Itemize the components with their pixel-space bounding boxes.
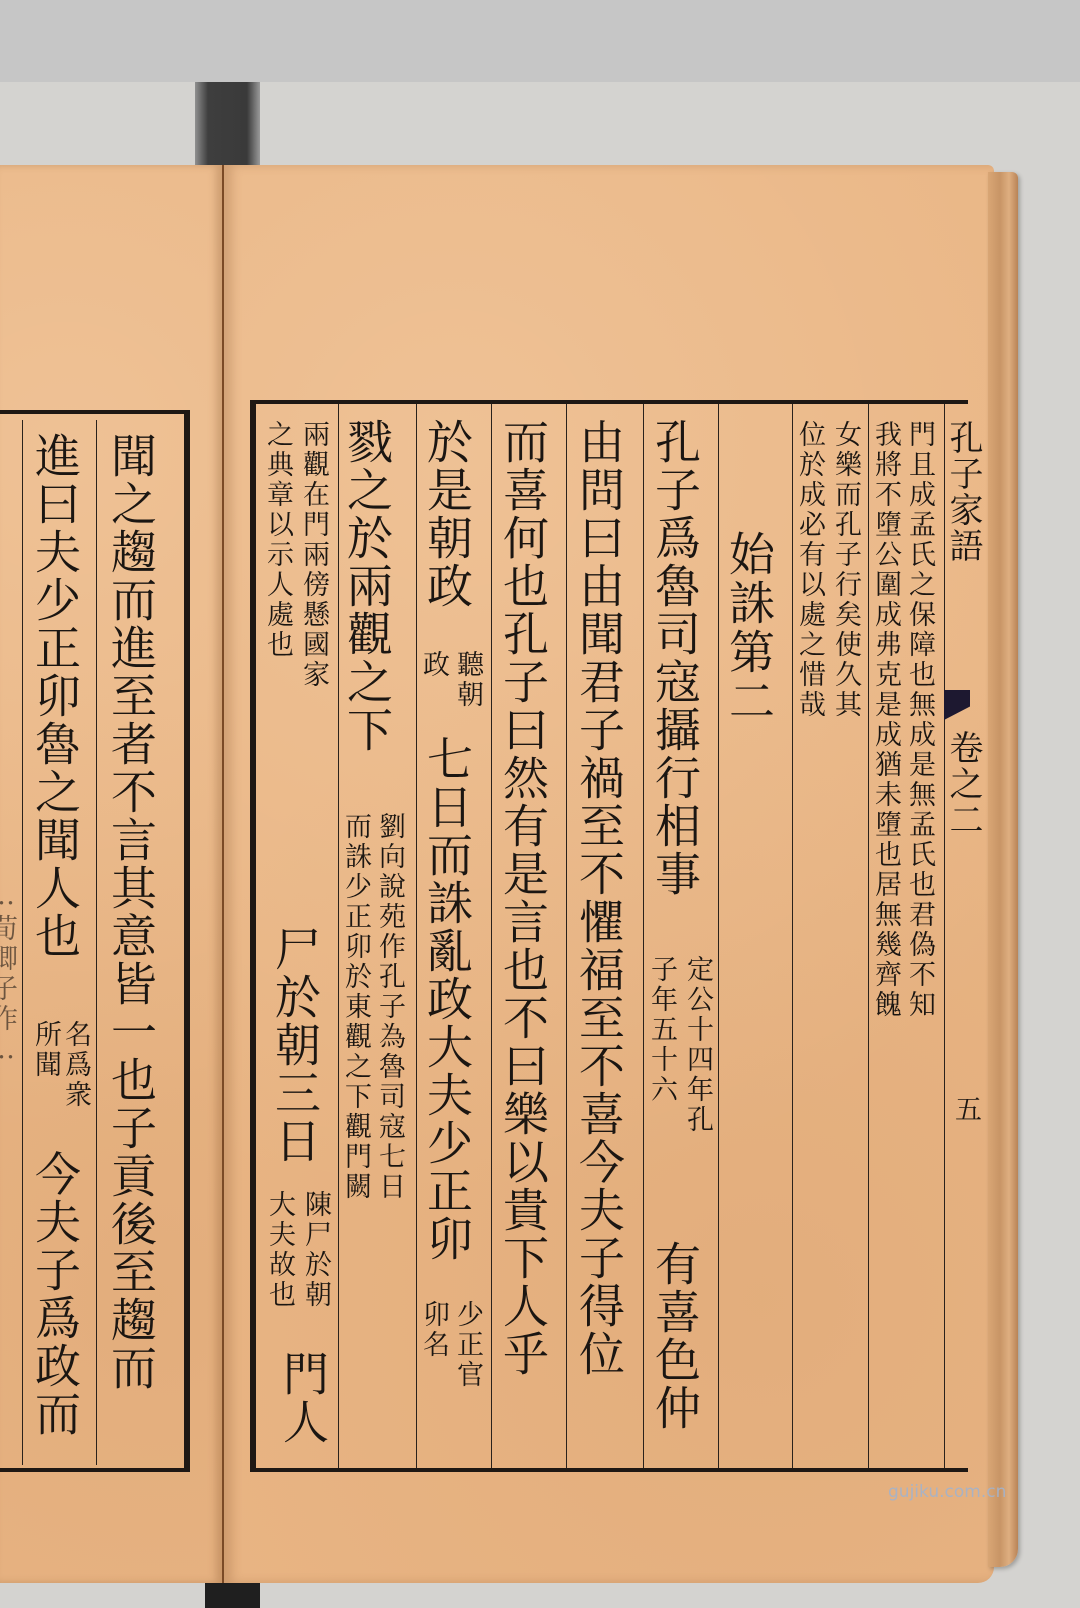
note-column-1b: 我將不墮公圍成弗克是成猶未墮也居無幾齊餽 bbox=[872, 420, 899, 1020]
text-column-9-cont: 門人 bbox=[280, 1350, 326, 1446]
left-note-1: 名爲衆 bbox=[62, 1020, 89, 1110]
column-rule bbox=[416, 404, 417, 1468]
left-note-2: 所聞 bbox=[32, 1020, 59, 1080]
note-4-2: 子年五十六 bbox=[648, 955, 675, 1105]
column-rule bbox=[643, 404, 644, 1468]
page-stack-edge bbox=[988, 172, 1018, 1567]
left-column-cut: …荀卿子作… bbox=[0, 880, 15, 1068]
column-rule bbox=[491, 404, 492, 1468]
margin-book-title: 孔子家語 bbox=[946, 420, 980, 564]
column-rule bbox=[792, 404, 793, 1468]
note-8-1: 劉向說苑作孔子為魯司寇七日 bbox=[376, 812, 403, 1202]
column-rule bbox=[338, 404, 339, 1468]
column-rule bbox=[22, 420, 23, 1465]
scan-top-margin bbox=[0, 0, 1080, 82]
text-column-7-cont: 七日而誅亂政大夫少正卯 bbox=[424, 735, 470, 1263]
margin-page-number: 五 bbox=[952, 1095, 979, 1125]
chapter-title: 始誅第二 bbox=[726, 530, 772, 726]
column-rule bbox=[868, 404, 869, 1468]
text-column-6: 而喜何也孔子曰然有是言也不曰樂以貴下人乎 bbox=[500, 418, 546, 1378]
note-7-2: 政 bbox=[420, 650, 447, 680]
gutter-shadow-bottom bbox=[205, 1580, 260, 1608]
left-column-2b: 今夫子爲政而 bbox=[32, 1150, 78, 1438]
margin-volume-label: 卷之二 bbox=[946, 730, 980, 838]
note-column-2a: 女樂而孔子行矣使久其 bbox=[832, 420, 859, 720]
left-column-2a: 進曰夫少正卯魯之聞人也 bbox=[32, 432, 78, 960]
note-8-2: 而誅少正卯於東觀之下觀門闕 bbox=[342, 812, 369, 1202]
text-column-4-cont: 有喜色仲 bbox=[652, 1240, 698, 1432]
gutter-shadow-top bbox=[195, 82, 260, 172]
note-7-3: 少正官 bbox=[454, 1300, 481, 1390]
note-7-1: 聽朝 bbox=[454, 650, 481, 710]
note-9-3: 陳尸於朝 bbox=[302, 1190, 329, 1310]
note-7-4: 卯名 bbox=[420, 1300, 447, 1360]
text-column-8: 戮之於兩觀之下 bbox=[344, 418, 390, 754]
note-9-2: 之典章以示人處也 bbox=[264, 420, 291, 660]
column-rule bbox=[96, 420, 97, 1465]
note-9-1: 兩觀在門兩傍懸國家 bbox=[300, 420, 327, 690]
column-rule bbox=[566, 404, 567, 1468]
note-column-1a: 門且成孟氏之保障也無成是無孟氏也君偽不知 bbox=[906, 420, 933, 1020]
text-column-9: 尸於朝三日 bbox=[272, 925, 318, 1165]
column-rule bbox=[718, 404, 719, 1468]
note-9-4: 大夫故也 bbox=[266, 1190, 293, 1310]
text-column-7: 於是朝政 bbox=[424, 418, 470, 610]
text-column-4: 孔子爲魯司寇攝行相事 bbox=[652, 418, 698, 898]
note-column-2b: 位於成必有以處之惜哉 bbox=[796, 420, 823, 720]
text-column-5: 由問曰由聞君子禍至不懼福至不喜今夫子得位 bbox=[576, 418, 622, 1378]
watermark: gujiku.com.cn bbox=[888, 1482, 1006, 1502]
left-column-1: 聞之趨而進至者不言其意皆一也子貢後至趨而 bbox=[108, 432, 154, 1392]
note-4-1: 定公十四年孔 bbox=[684, 955, 711, 1135]
